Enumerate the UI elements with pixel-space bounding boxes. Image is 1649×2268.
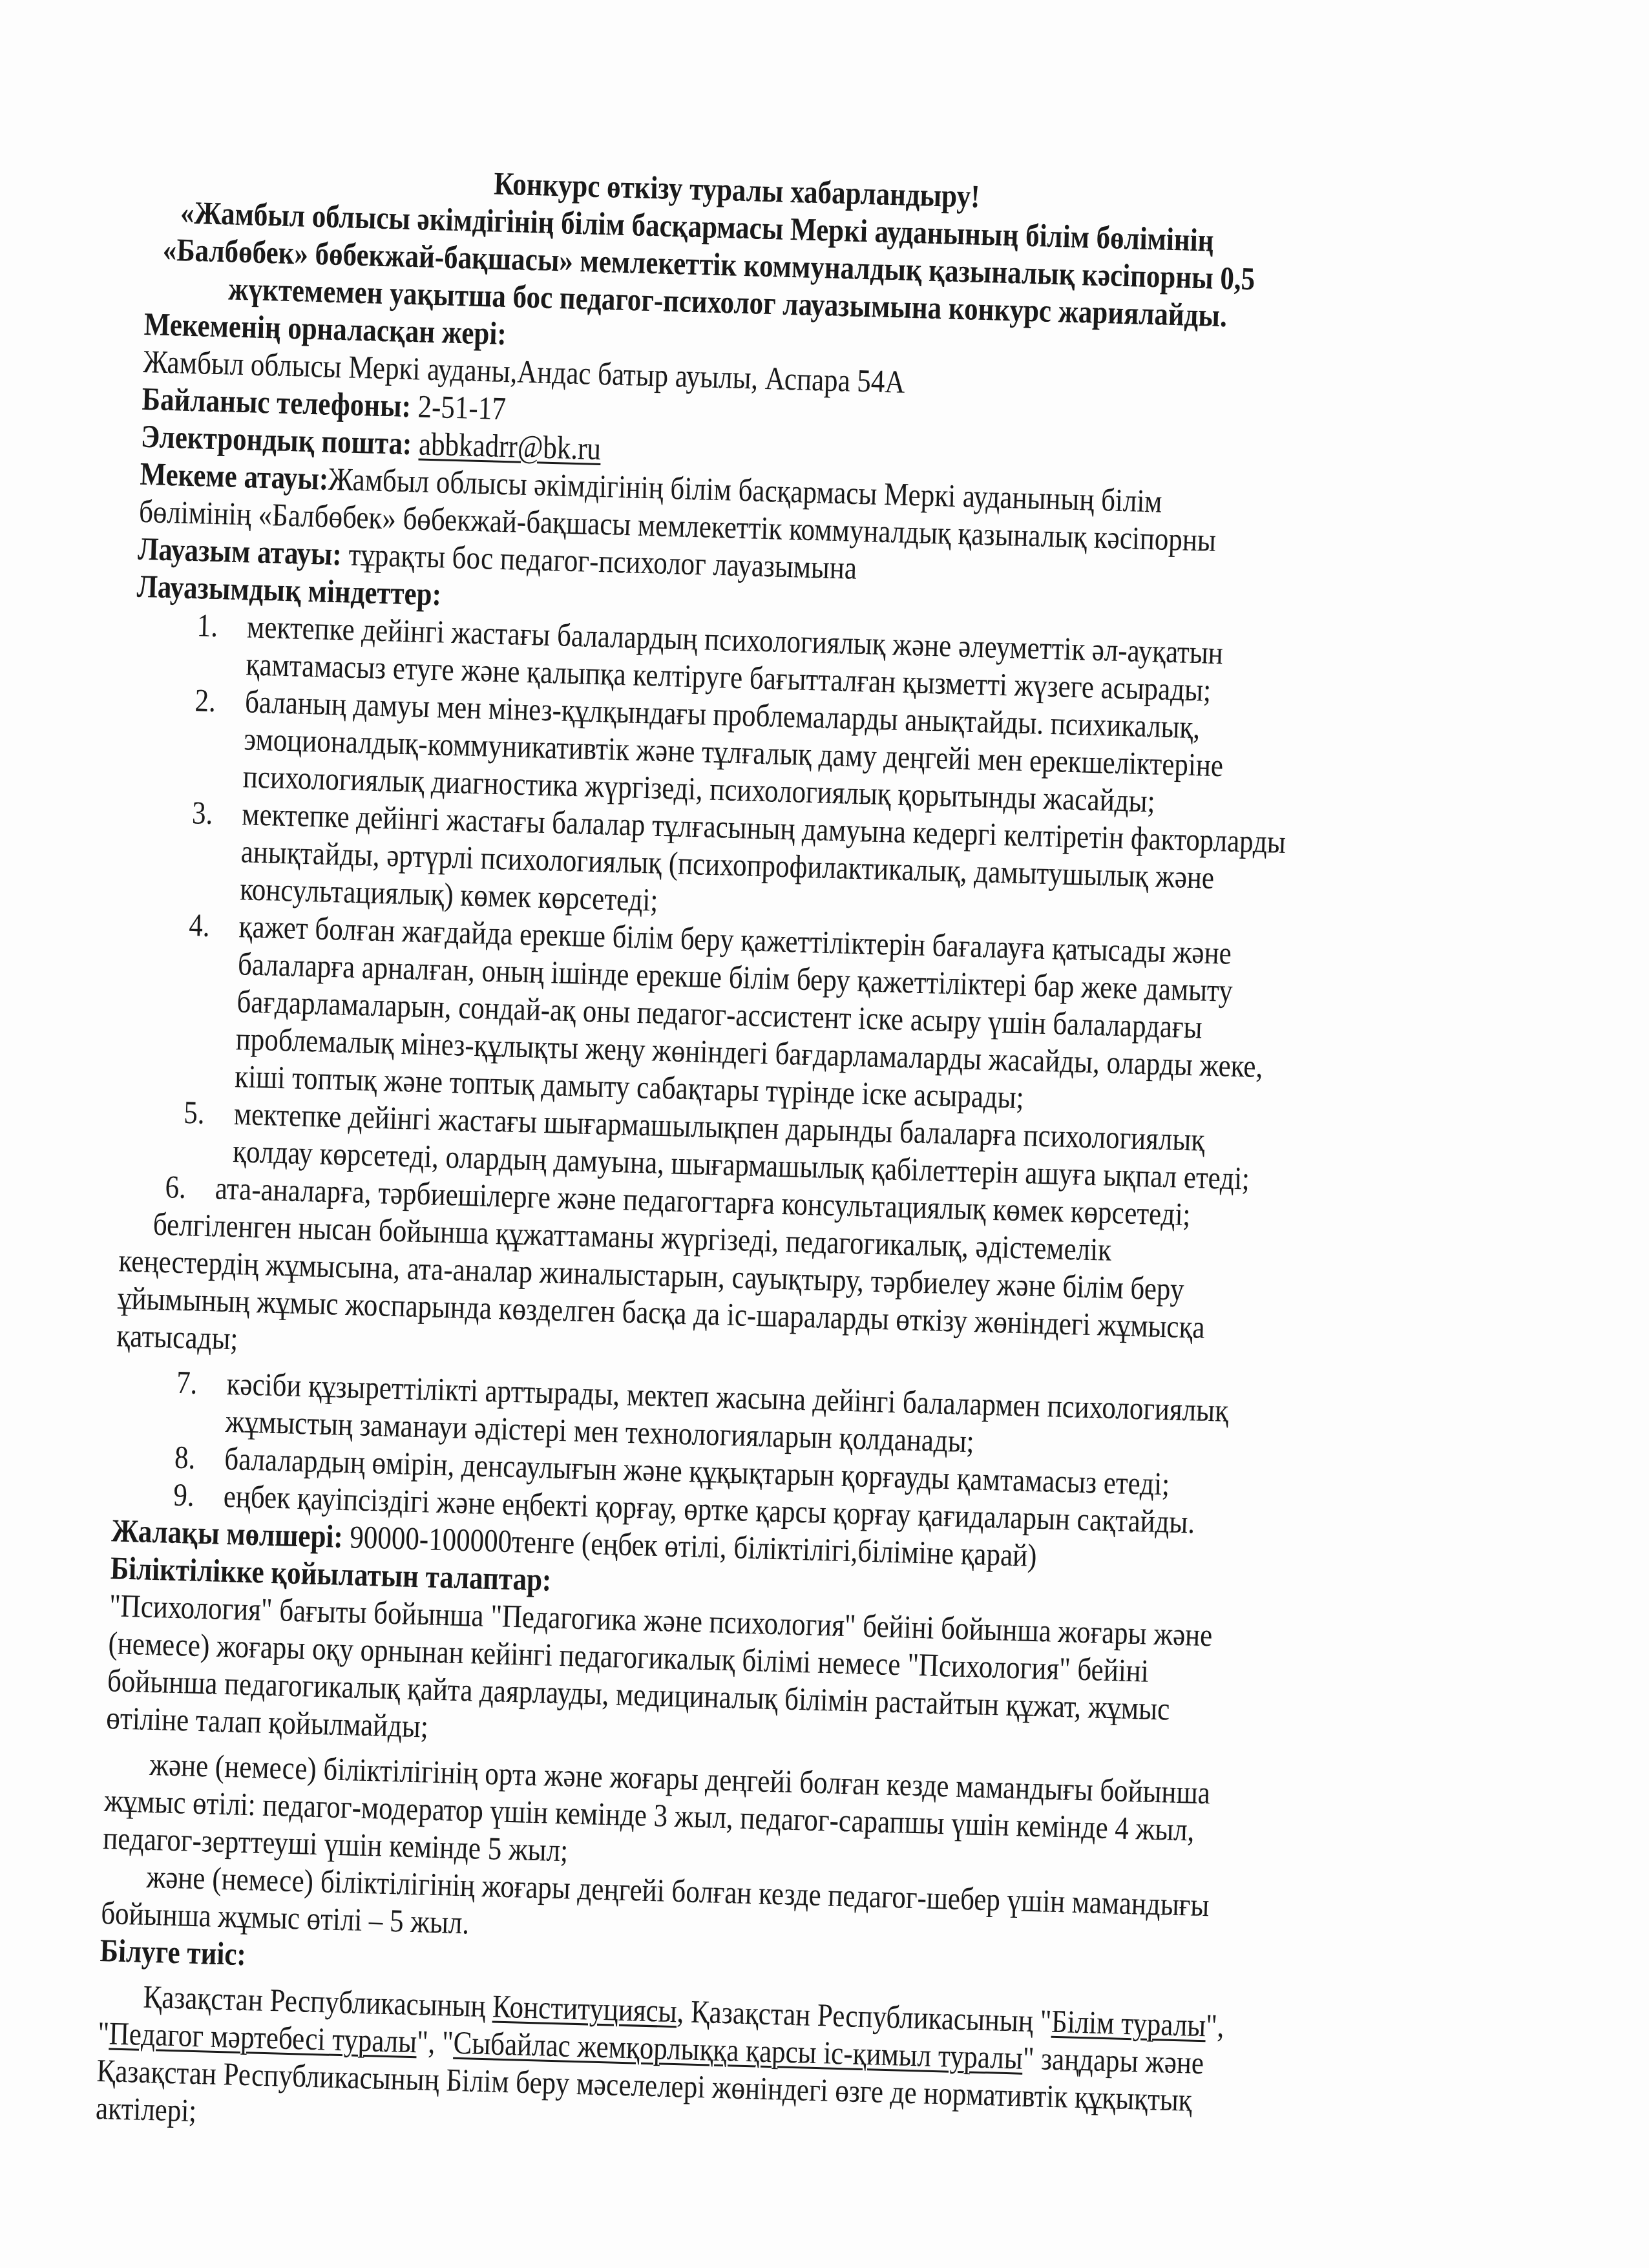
duties-list: 1.мектепке дейінгі жастағы балалардың пс…	[112, 605, 1506, 1549]
position-label: Лауазым атауы:	[138, 530, 342, 572]
constitution-link[interactable]: Конституциясы	[492, 1988, 678, 2029]
education-law-link[interactable]: Білім туралы	[1051, 2003, 1206, 2043]
email-link[interactable]: abbkadrr@bk.ru	[418, 425, 601, 467]
salary-label: Жалақы мөлшері:	[111, 1512, 344, 1555]
phone-label: Байланыс телефоны:	[142, 381, 412, 424]
phone-value: 2-51-17	[410, 388, 506, 426]
document-body: Конкурс өткізу туралы хабарландыру! «Жам…	[95, 155, 1518, 2163]
org-name-label: Мекеме атауы:	[140, 456, 329, 497]
scanned-page: Конкурс өткізу туралы хабарландыру! «Жам…	[0, 0, 1649, 2268]
email-label: Электрондық пошта:	[140, 418, 412, 461]
